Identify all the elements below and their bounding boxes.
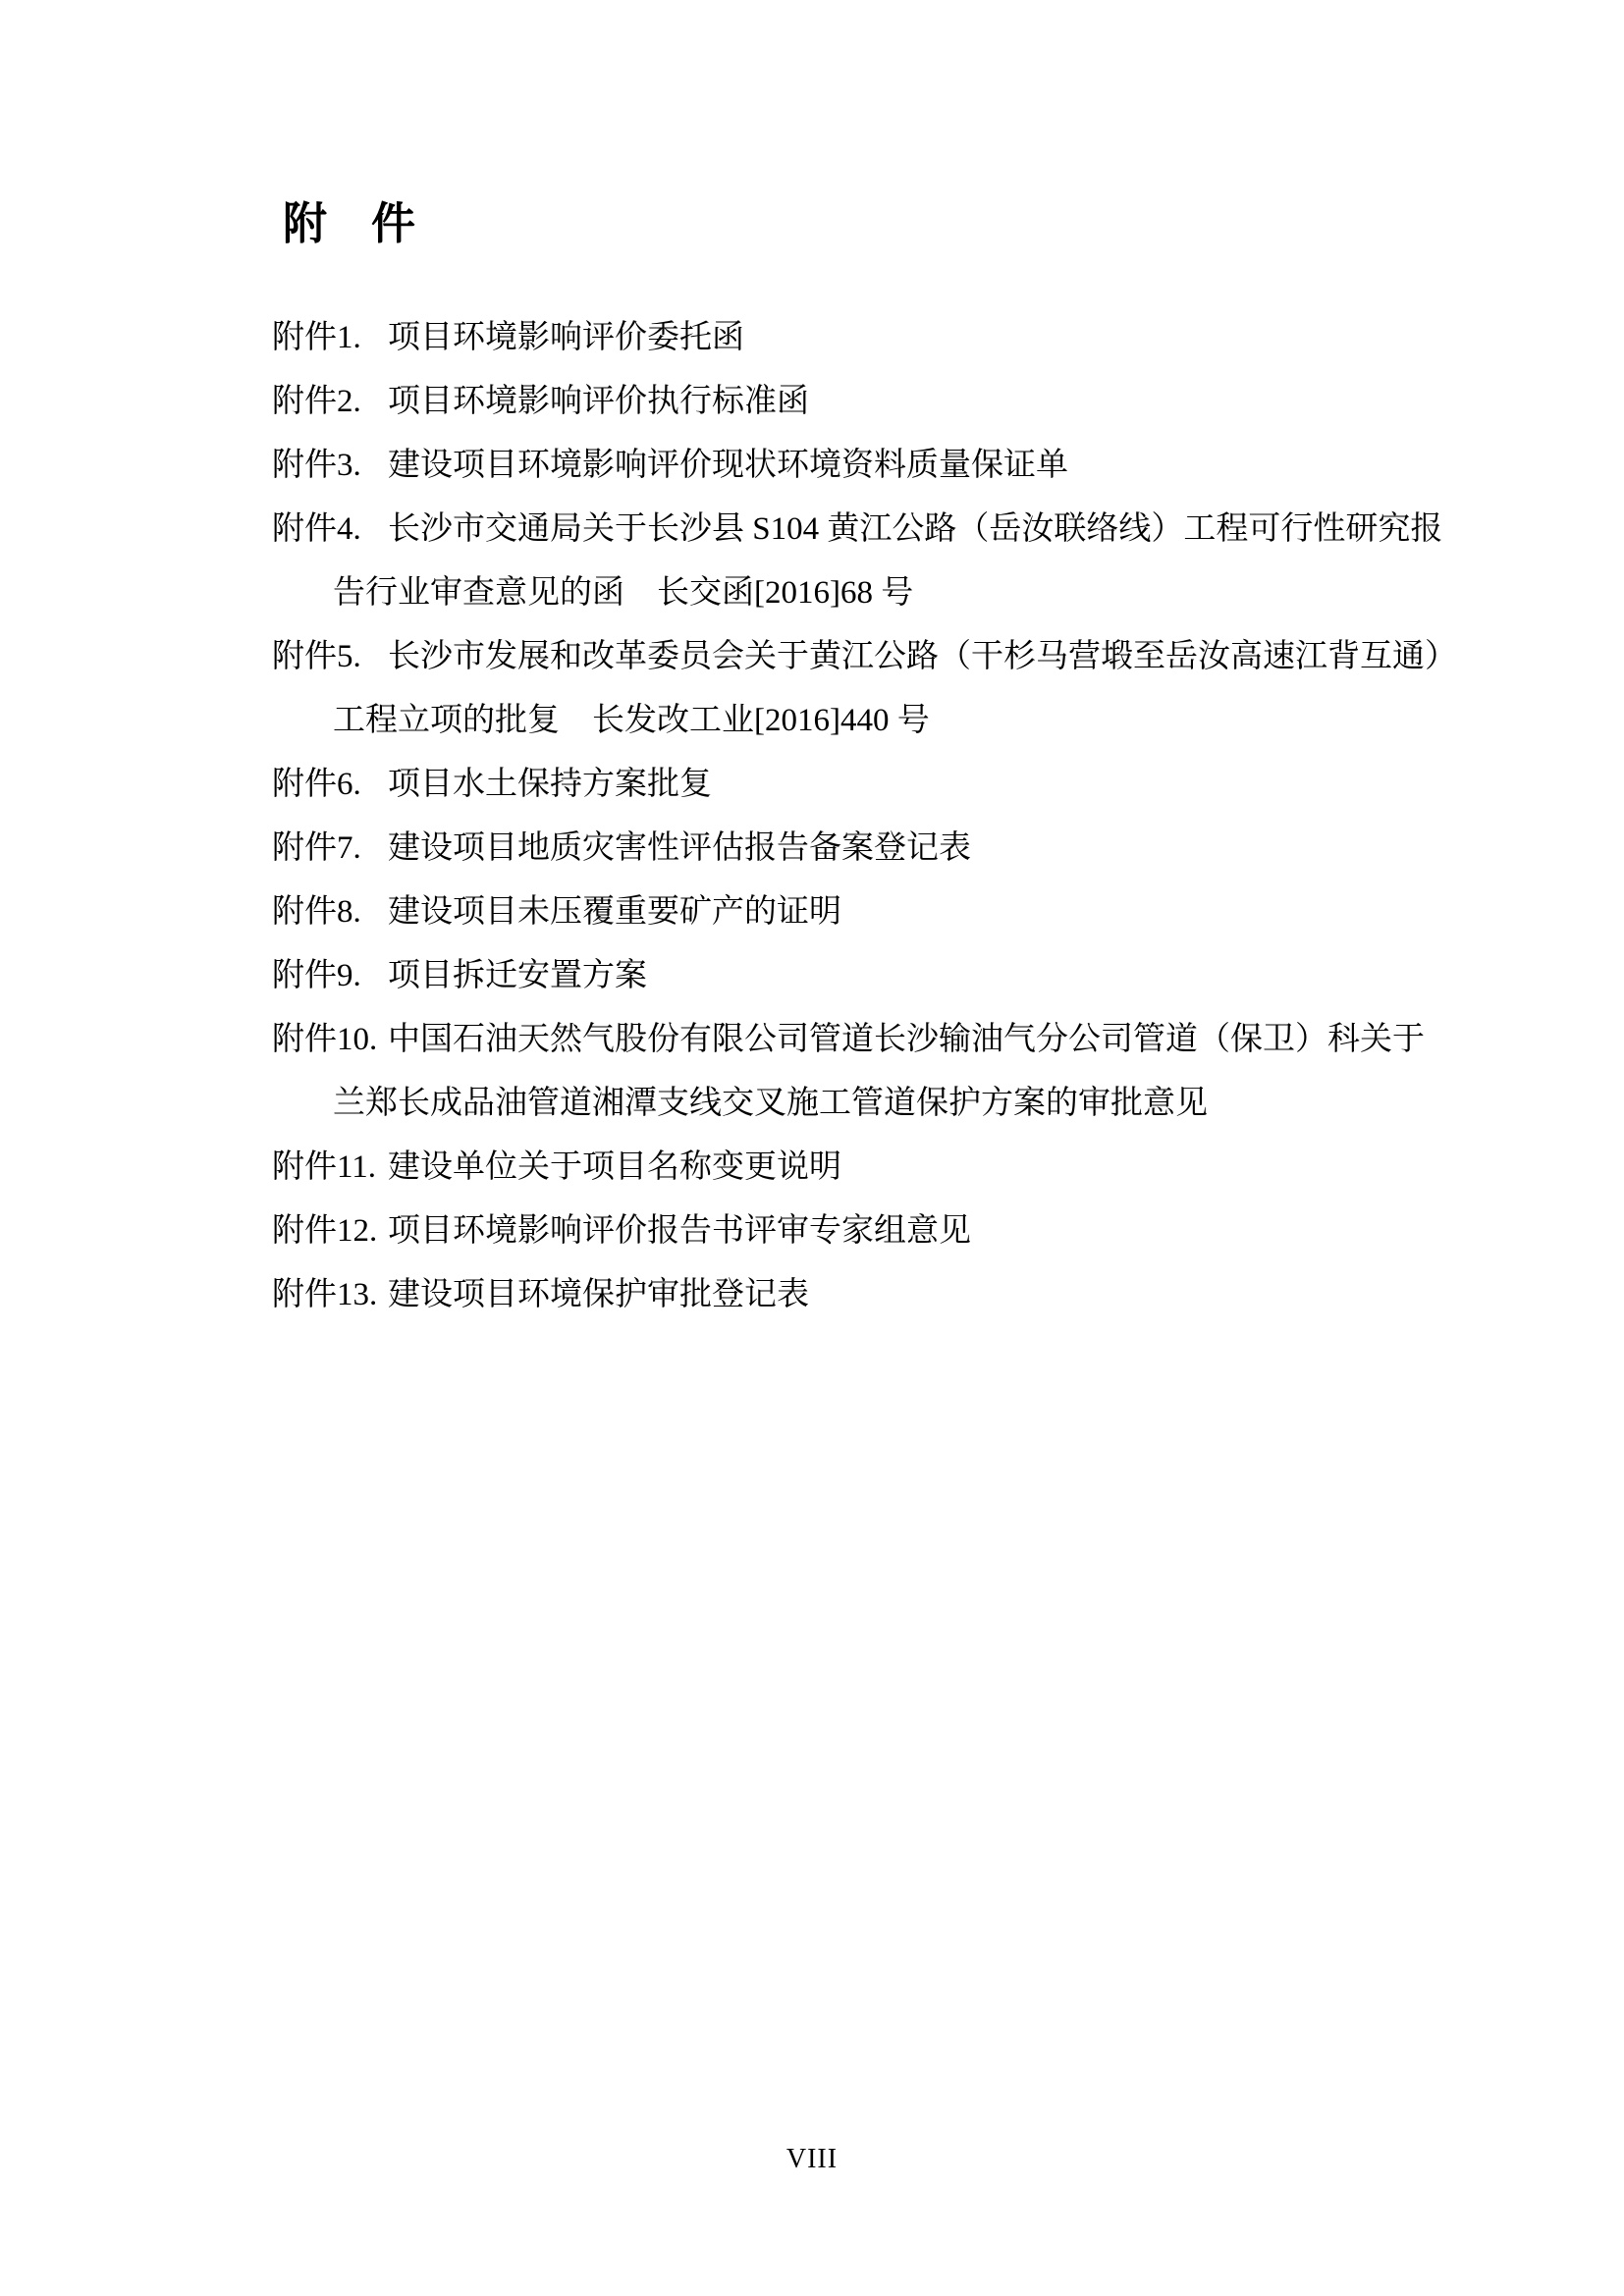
attachment-item-8: 附件8.建设项目未压覆重要矿产的证明 [272,881,1499,944]
attachment-label: 附件10. [272,1008,388,1072]
attachment-text: 项目环境影响评价委托函 [388,320,744,355]
attachment-text-continuation: 工程立项的批复 长发改工业[2016]440 号 [272,689,1499,753]
attachment-text: 项目水土保持方案批复 [388,767,712,802]
attachment-item-11: 附件11.建设单位关于项目名称变更说明 [272,1136,1499,1200]
attachment-line: 附件2.项目环境影响评价执行标准函 [272,370,1499,434]
attachment-text-continuation: 兰郑长成品油管道湘潭支线交叉施工管道保护方案的审批意见 [272,1072,1499,1136]
page-number: VIII [0,2143,1624,2176]
document-title: 附 件 [283,194,415,253]
attachment-label: 附件5. [272,625,388,689]
attachment-line: 附件7.建设项目地质灾害性评估报告备案登记表 [272,817,1499,881]
attachment-list: 附件1.项目环境影响评价委托函 附件2.项目环境影响评价执行标准函 附件3.建设… [272,306,1499,1327]
attachment-line: 附件6.项目水土保持方案批复 [272,753,1499,817]
attachment-line: 附件11.建设单位关于项目名称变更说明 [272,1136,1499,1200]
attachment-label: 附件7. [272,817,388,881]
attachment-text: 中国石油天然气股份有限公司管道长沙输油气分公司管道（保卫）科关于 [388,1022,1425,1057]
attachment-item-6: 附件6.项目水土保持方案批复 [272,753,1499,817]
attachment-text: 项目环境影响评价报告书评审专家组意见 [388,1213,971,1249]
attachment-line: 附件1.项目环境影响评价委托函 [272,306,1499,370]
attachment-item-5: 附件5.长沙市发展和改革委员会关于黄江公路（干杉马营塅至岳汝高速江背互通） 工程… [272,625,1499,753]
attachment-label: 附件2. [272,370,388,434]
attachment-label: 附件12. [272,1200,388,1263]
attachment-label: 附件11. [272,1136,388,1200]
attachment-text: 建设项目未压覆重要矿产的证明 [388,894,841,930]
attachment-text: 长沙市发展和改革委员会关于黄江公路（干杉马营塅至岳汝高速江背互通） [388,639,1457,674]
attachment-line: 附件10.中国石油天然气股份有限公司管道长沙输油气分公司管道（保卫）科关于 [272,1008,1499,1072]
attachment-item-12: 附件12.项目环境影响评价报告书评审专家组意见 [272,1200,1499,1263]
attachment-line: 附件3.建设项目环境影响评价现状环境资料质量保证单 [272,434,1499,498]
attachment-line: 附件4.长沙市交通局关于长沙县 S104 黄江公路（岳汝联络线）工程可行性研究报 [272,498,1499,561]
attachment-text: 建设项目地质灾害性评估报告备案登记表 [388,830,971,866]
attachment-item-2: 附件2.项目环境影响评价执行标准函 [272,370,1499,434]
attachment-item-3: 附件3.建设项目环境影响评价现状环境资料质量保证单 [272,434,1499,498]
attachment-item-13: 附件13.建设项目环境保护审批登记表 [272,1263,1499,1327]
attachment-label: 附件8. [272,881,388,944]
attachment-text: 长沙市交通局关于长沙县 S104 黄江公路（岳汝联络线）工程可行性研究报 [388,511,1442,547]
attachment-label: 附件1. [272,306,388,370]
attachment-label: 附件13. [272,1263,388,1327]
attachment-line: 附件5.长沙市发展和改革委员会关于黄江公路（干杉马营塅至岳汝高速江背互通） [272,625,1499,689]
attachment-line: 附件9.项目拆迁安置方案 [272,944,1499,1008]
attachment-text: 建设项目环境影响评价现状环境资料质量保证单 [388,448,1068,483]
attachment-label: 附件6. [272,753,388,817]
attachment-line: 附件8.建设项目未压覆重要矿产的证明 [272,881,1499,944]
attachment-line: 附件13.建设项目环境保护审批登记表 [272,1263,1499,1327]
attachment-item-9: 附件9.项目拆迁安置方案 [272,944,1499,1008]
attachment-label: 附件4. [272,498,388,561]
attachment-text: 建设单位关于项目名称变更说明 [388,1149,841,1185]
attachment-item-10: 附件10.中国石油天然气股份有限公司管道长沙输油气分公司管道（保卫）科关于 兰郑… [272,1008,1499,1136]
attachment-text: 项目拆迁安置方案 [388,958,647,993]
attachment-item-4: 附件4.长沙市交通局关于长沙县 S104 黄江公路（岳汝联络线）工程可行性研究报… [272,498,1499,625]
attachment-item-7: 附件7.建设项目地质灾害性评估报告备案登记表 [272,817,1499,881]
attachment-text-continuation: 告行业审查意见的函 长交函[2016]68 号 [272,561,1499,625]
attachment-text: 建设项目环境保护审批登记表 [388,1277,809,1312]
attachment-label: 附件9. [272,944,388,1008]
attachment-line: 附件12.项目环境影响评价报告书评审专家组意见 [272,1200,1499,1263]
attachment-item-1: 附件1.项目环境影响评价委托函 [272,306,1499,370]
attachment-text: 项目环境影响评价执行标准函 [388,384,809,419]
attachment-label: 附件3. [272,434,388,498]
document-page: 附 件 附件1.项目环境影响评价委托函 附件2.项目环境影响评价执行标准函 附件… [0,0,1624,2296]
